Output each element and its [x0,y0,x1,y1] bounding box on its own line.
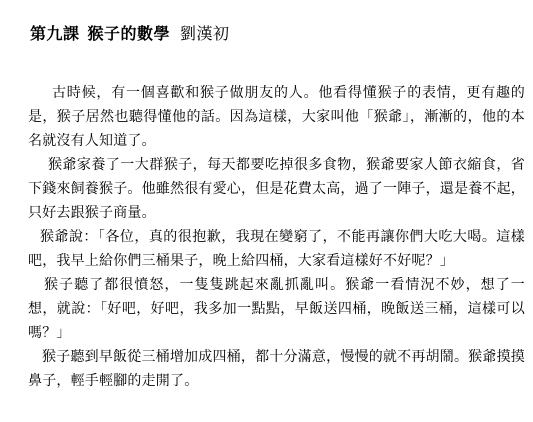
paragraph: 猴子聽到早飯從三桶增加成四桶，都十分滿意，慢慢的就不再胡鬧。猴爺摸摸鼻子，輕手輕… [28,344,525,392]
lesson-body: 古時候，有一個喜歡和猴子做朋友的人。他看得懂猴子的表情，更有趣的是，猴子居然也聽… [28,80,525,392]
document-page: 第九課猴子的數學劉漢初 古時候，有一個喜歡和猴子做朋友的人。他看得懂猴子的表情，… [0,0,533,422]
paragraph: 猴爺家養了一大群猴子，每天都要吃掉很多食物，猴爺要家人節衣縮食，省下錢來飼養猴子… [28,152,525,224]
paragraph: 古時候，有一個喜歡和猴子做朋友的人。他看得懂猴子的表情，更有趣的是，猴子居然也聽… [28,80,525,152]
lesson-header: 第九課猴子的數學劉漢初 [30,24,230,46]
lesson-title: 猴子的數學 [88,26,171,43]
lesson-author: 劉漢初 [180,26,230,43]
paragraph: 猴爺說：「各位，真的很抱歉，我現在變窮了，不能再讓你們大吃大喝。這樣吧，我早上給… [28,224,525,272]
paragraph: 猴子聽了都很憤怒，一隻隻跳起來亂抓亂叫。猴爺一看情況不妙，想了一想，就說：「好吧… [28,272,525,344]
lesson-number: 第九課 [30,26,80,43]
